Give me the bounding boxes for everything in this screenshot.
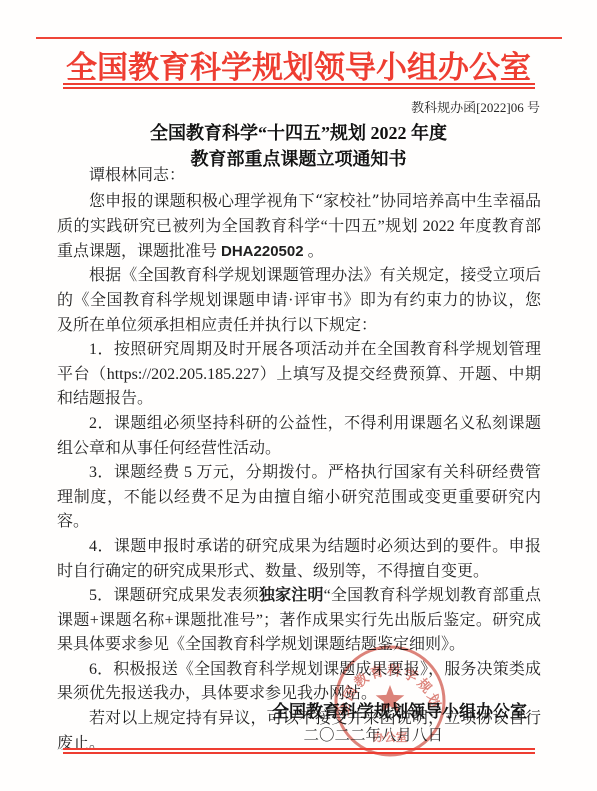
letterhead-double-rule — [63, 83, 535, 89]
document-title-line1: 全国教育科学“十四五”规划 2022 年度 — [0, 119, 597, 145]
rule-item-3: 3．课题经费 5 万元，分期拨付。严格执行国家有关科研经费管理制度，不能以经费不… — [57, 461, 541, 535]
document-number: 教科规办函[2022]06 号 — [0, 97, 540, 116]
rule-item-2: 2．课题组必须坚持科研的公益性，不得利用课题名义私刻课题组公章和从事任何经营性活… — [57, 412, 541, 461]
salutation: 谭根林同志： — [57, 164, 541, 189]
letterhead-org-name: 全国教育科学规划领导小组办公室 — [0, 42, 597, 87]
signature-org-name: 全国教育科学规划领导小组办公室 — [272, 697, 527, 722]
rule-item-4: 4．课题申报时承诺的研究成果为结题时必须达到的要件。申报时自行确定的研究成果形式… — [57, 535, 541, 584]
rule-item-5: 5．课题研究成果发表须独家注明“全国教育科学规划教育部重点课题+课题名称+课题批… — [57, 584, 541, 658]
letter-body: 谭根林同志： 您申报的课题积极心理学视角下“家校社”协同培养高中生幸福品质的实践… — [57, 164, 541, 756]
paragraph-approval-lead: 您申报的课题 — [89, 193, 186, 210]
rule-item-1: 1．按照研究周期及时开展各项活动并在全国教育科学规划管理平台（https://2… — [57, 338, 541, 412]
rule-item-5-emphasis: 独家注明 — [259, 587, 324, 604]
footer-double-rule — [63, 748, 535, 754]
top-border-rule — [36, 37, 562, 39]
grant-number: DHA220502 — [221, 243, 304, 260]
paragraph-regulations-intro: 根据《全国教育科学规划课题管理办法》有关规定，接受立项后的《全国教育科学规划课题… — [57, 264, 541, 338]
signature-date: 二〇二二年八月八日 — [303, 723, 443, 745]
paragraph-approval: 您申报的课题积极心理学视角下“家校社”协同培养高中生幸福品质的实践研究已被列为全… — [57, 189, 541, 265]
paragraph-approval-end: 。 — [304, 243, 324, 260]
scanned-official-letter: 全国教育科学规划领导小组办公室 教科规办函[2022]06 号 全国教育科学“十… — [0, 0, 597, 791]
rule-item-5-lead: 5．课题研究成果发表须 — [89, 587, 259, 604]
